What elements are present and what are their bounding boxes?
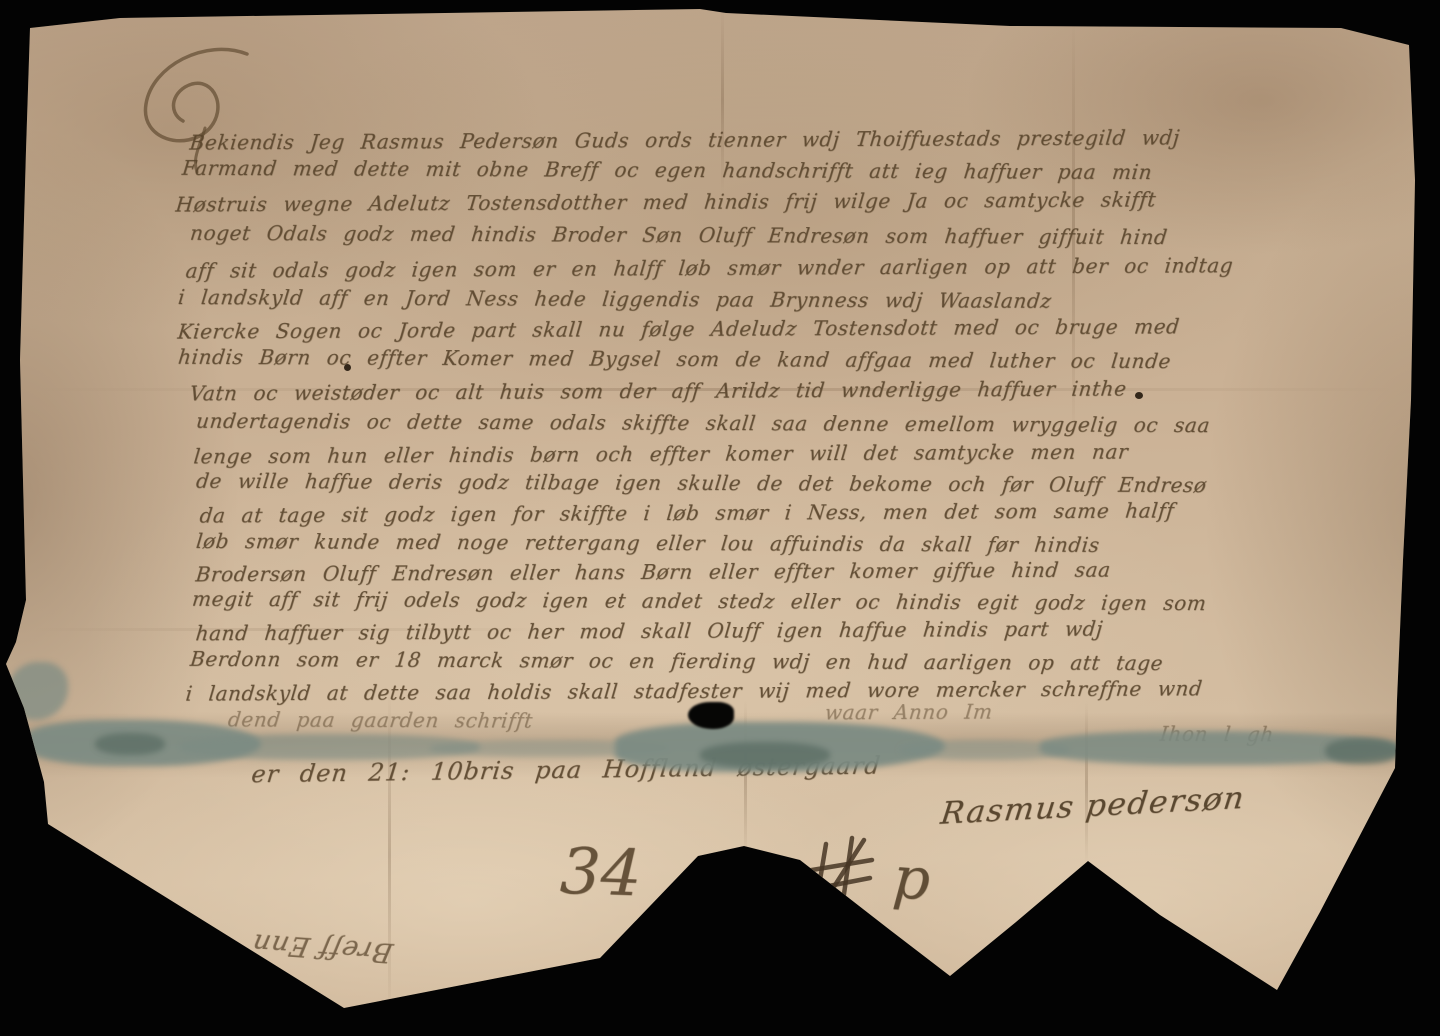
notary-mark-letter: p [891, 843, 933, 913]
manuscript-line-obscured: waar Anno Im [824, 700, 994, 725]
manuscript-line: Høstruis wegne Adelutz Tostensdotther me… [175, 187, 1158, 216]
fold-crease-vertical [1085, 700, 1088, 865]
ink-blot [344, 364, 351, 371]
tape-repair [8, 662, 68, 720]
manuscript-line-obscured: dend paa gaarden schrifft [227, 707, 534, 732]
manuscript-line: Berdonn som er 18 marck smør oc en fierd… [189, 647, 1165, 675]
manuscript-line: undertagendis oc dette same odals skifft… [195, 409, 1211, 437]
manuscript-line: megit aff sit frij odels godz igen et an… [191, 587, 1208, 615]
manuscript-line: Bekiendis Jeg Rasmus Pedersøn Guds ords … [189, 125, 1181, 154]
house-mark-icon [798, 838, 872, 924]
manuscript-line: hand haffuer sig tilbytt oc her mod skal… [195, 617, 1105, 646]
verso-endorsement: Breff Enn [249, 927, 396, 967]
manuscript-line: noget Odals godz med hindis Broder Søn O… [189, 221, 1169, 249]
manuscript-line: i landskyld aff en Jord Ness hede liggen… [177, 285, 1053, 313]
manuscript-line: i landskyld at dette saa holdis skall st… [185, 676, 1204, 705]
manuscript-line: aff sit odals godz igen som er en halff … [185, 253, 1235, 282]
tape-repair [1325, 738, 1400, 764]
folio-number: 34 [559, 835, 643, 912]
manuscript-line: Kiercke Sogen oc Jorde part skall nu føl… [177, 314, 1181, 343]
signature: Rasmus pedersøn [939, 780, 1248, 832]
tape-repair [700, 742, 830, 768]
photograph-of-manuscript: Bekiendis Jeg Rasmus Pedersøn Guds ords … [0, 0, 1440, 1036]
manuscript-line: Brodersøn Oluff Endresøn eller hans Børn… [195, 558, 1112, 587]
initial-flourish [145, 49, 247, 140]
manuscript-line: løb smør kunde med noge rettergang eller… [195, 529, 1101, 557]
ink-blot [1135, 392, 1143, 399]
manuscript-paper-sheet: Bekiendis Jeg Rasmus Pedersøn Guds ords … [0, 0, 1440, 1036]
paper-hole [688, 702, 734, 729]
manuscript-line: Vatn oc weistøder oc alt huis som der af… [189, 377, 1128, 406]
manuscript-line: Farmand med dette mit obne Breff oc egen… [181, 156, 1154, 184]
manuscript-line: da at tage sit godz igen for skiffte i l… [199, 498, 1176, 527]
tape-repair [95, 733, 165, 755]
manuscript-line: hindis Børn oc effter Komer med Bygsel s… [177, 345, 1172, 373]
manuscript-line: lenge som hun eller hindis børn och efft… [193, 440, 1130, 469]
manuscript-line: de wille haffue deris godz tilbage igen … [195, 469, 1208, 497]
